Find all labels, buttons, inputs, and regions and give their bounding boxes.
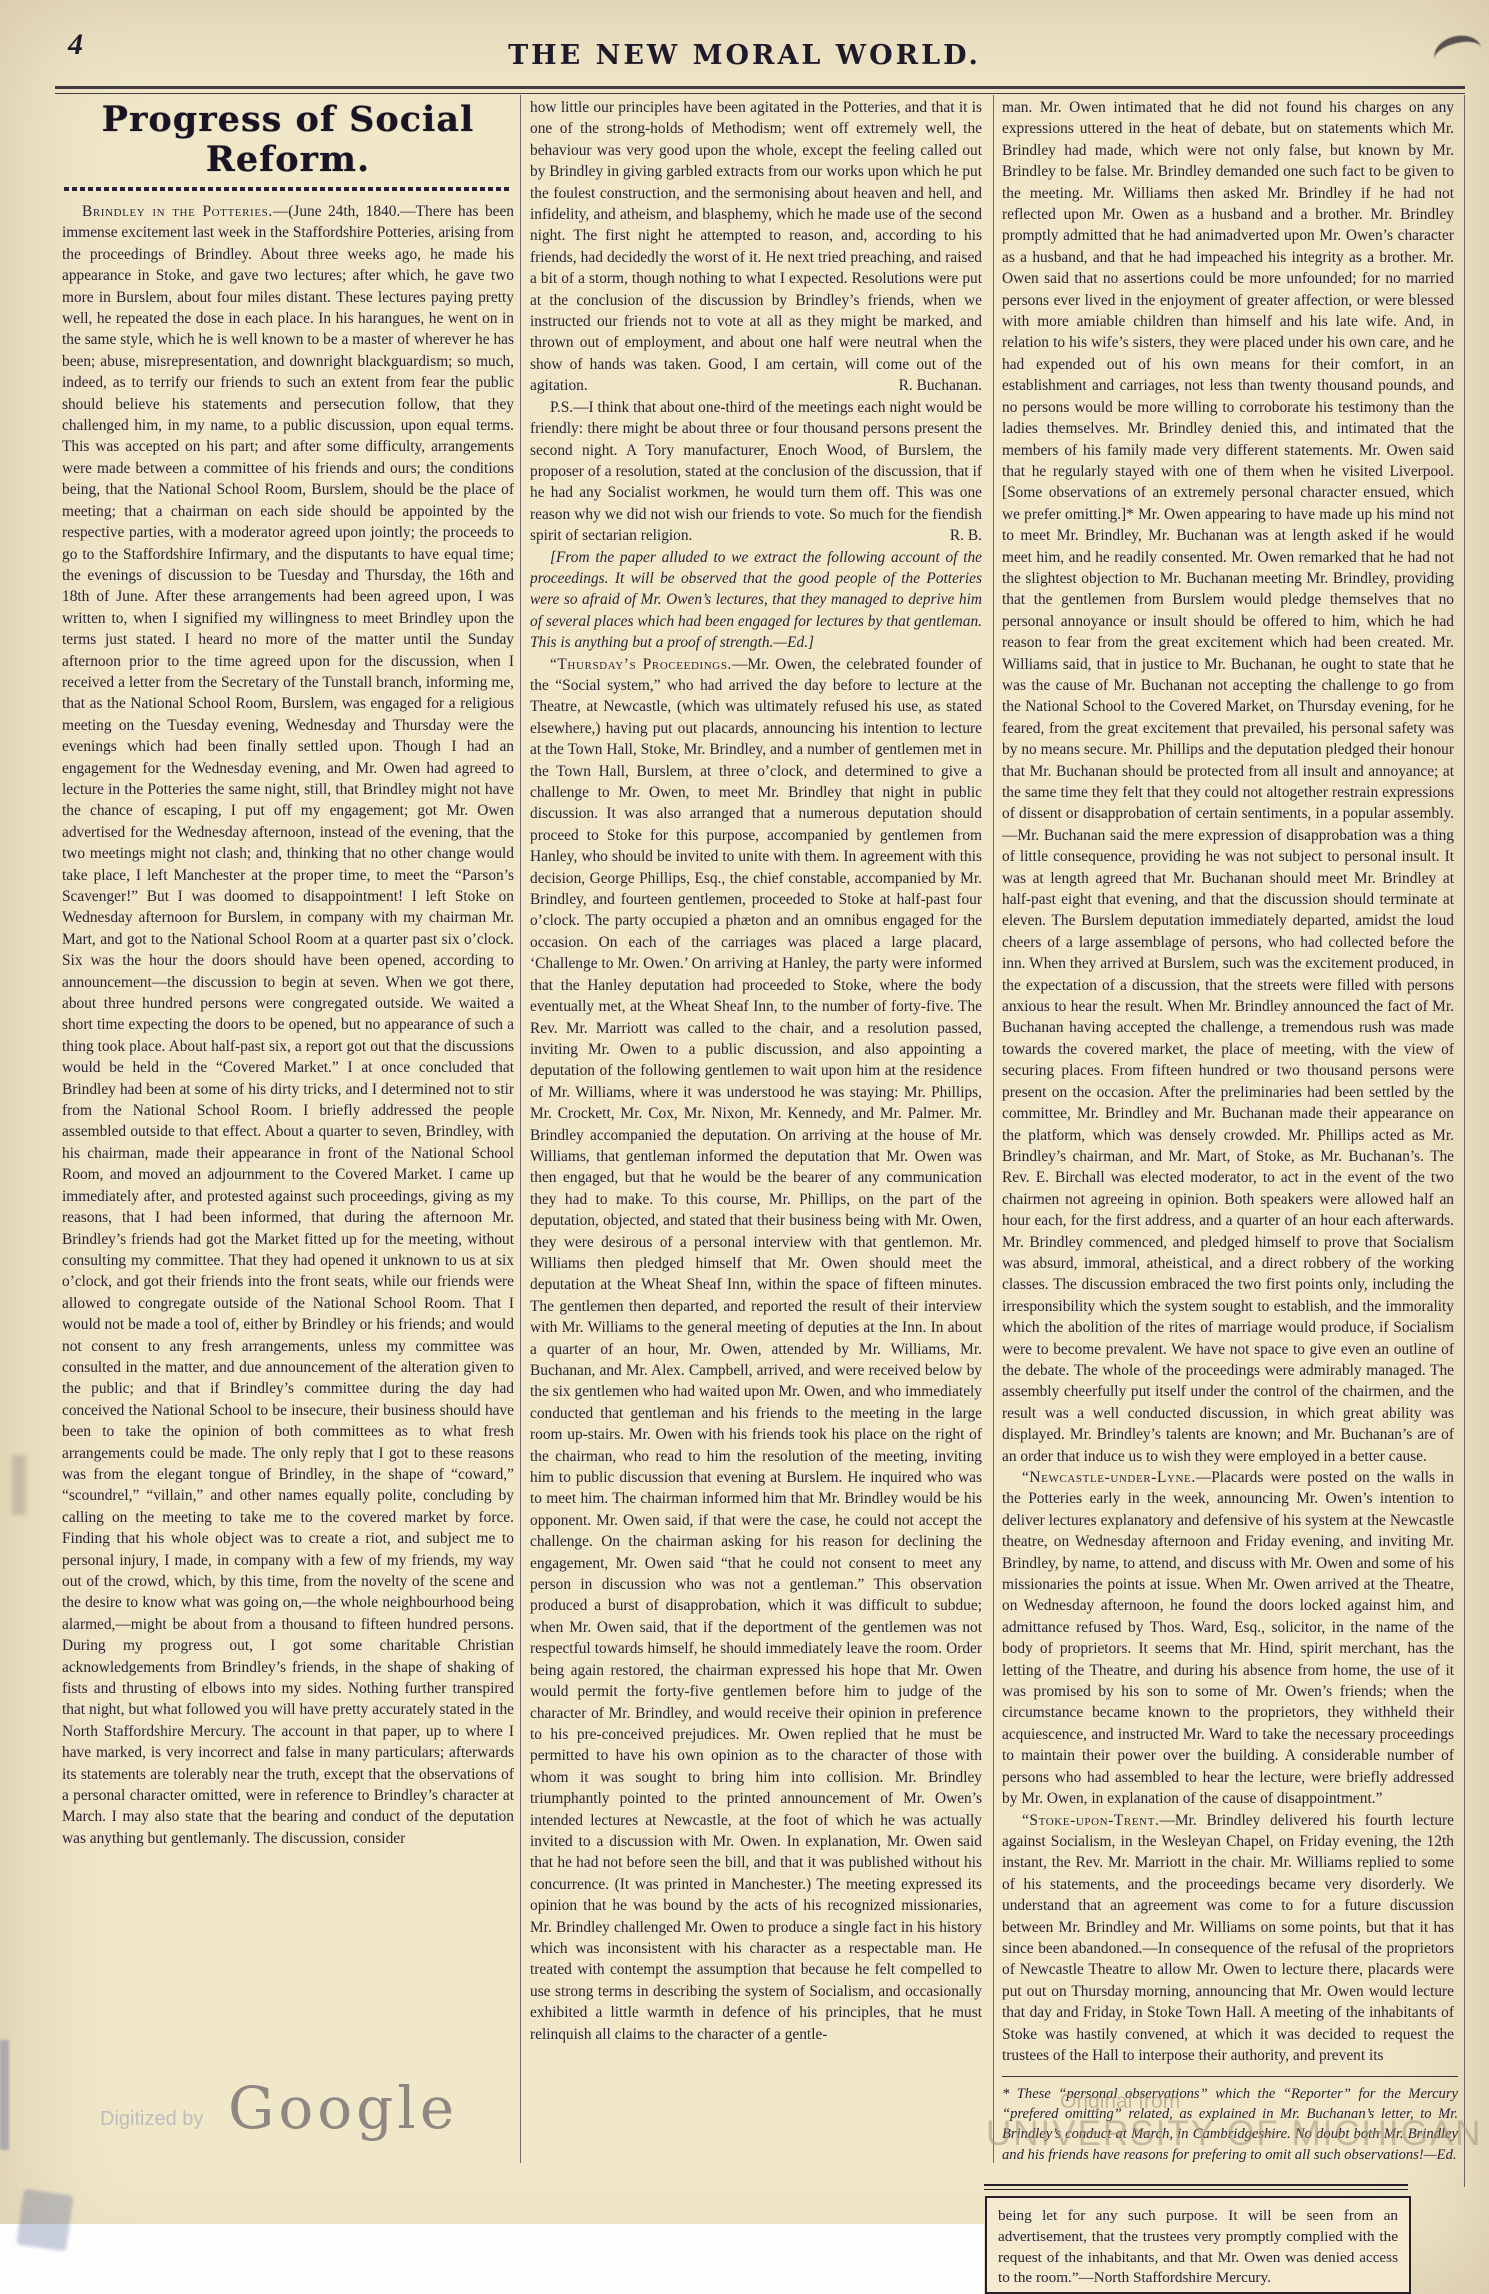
column-divider-1 (520, 95, 521, 2163)
section-heading: Progress of Social Reform. (62, 100, 514, 180)
article-dateline: —(June 24th, 1840.— (273, 203, 416, 220)
mercury-clipping-box: being let for any such purpose. It will … (985, 2196, 1411, 2294)
article-opener: Brindley in the Potteries. (82, 203, 273, 220)
newspaper-page: 4 THE NEW MORAL WORLD. Progress of Socia… (0, 0, 1489, 2294)
digitized-by-watermark: Digitized by (100, 2108, 203, 2131)
column-2: how little our principles have been agit… (530, 97, 982, 2165)
postscript-paragraph: P.S.—I think that about one-third of the… (530, 397, 982, 547)
column-3: man. Mr. Owen intimated that he did not … (1002, 97, 1454, 2075)
buchanan-letter-end: how little our principles have been agit… (530, 97, 982, 397)
thursdays-proceedings-paragraph: “Thursday’s Proceedings.—Mr. Owen, the c… (530, 654, 982, 2045)
stoke-opener: “Stoke-upon-Trent. (1022, 1812, 1160, 1829)
edge-streak-artifact (0, 2040, 9, 2150)
editor-note: [From the paper alluded to we extract th… (530, 547, 982, 654)
article-text: There has been immense excitement last w… (62, 203, 514, 1847)
postscript-opener: P.S. (550, 399, 573, 416)
editor-footnote: * These “personal observations” which th… (1002, 2076, 1458, 2165)
column-divider-2 (993, 95, 994, 2163)
signature-buchanan: R. Buchanan. (530, 375, 982, 396)
scan-bottom-margin (0, 2224, 984, 2294)
smudge-artifact (12, 1455, 26, 1515)
article-body-col1: Brindley in the Potteries.—(June 24th, 1… (62, 201, 514, 1849)
clipping-divider-rule (984, 2184, 1408, 2190)
newcastle-paragraph: “Newcastle-under-Lyne.—Placards were pos… (1002, 1467, 1454, 1810)
column-1: Progress of Social Reform. Brindley in t… (62, 100, 514, 2092)
thursdays-proceedings-opener: “Thursday’s Proceedings. (550, 656, 732, 673)
newcastle-opener: “Newcastle-under-Lyne. (1022, 1469, 1196, 1486)
stoke-paragraph: “Stoke-upon-Trent.—Mr. Brindley delivere… (1002, 1810, 1454, 2067)
decorative-rule (64, 187, 512, 191)
masthead-title: THE NEW MORAL WORLD. (0, 40, 1489, 71)
masthead-rule (55, 86, 1465, 94)
page-right-rule (1464, 95, 1465, 2187)
debate-account-continued: man. Mr. Owen intimated that he did not … (1002, 97, 1454, 1467)
